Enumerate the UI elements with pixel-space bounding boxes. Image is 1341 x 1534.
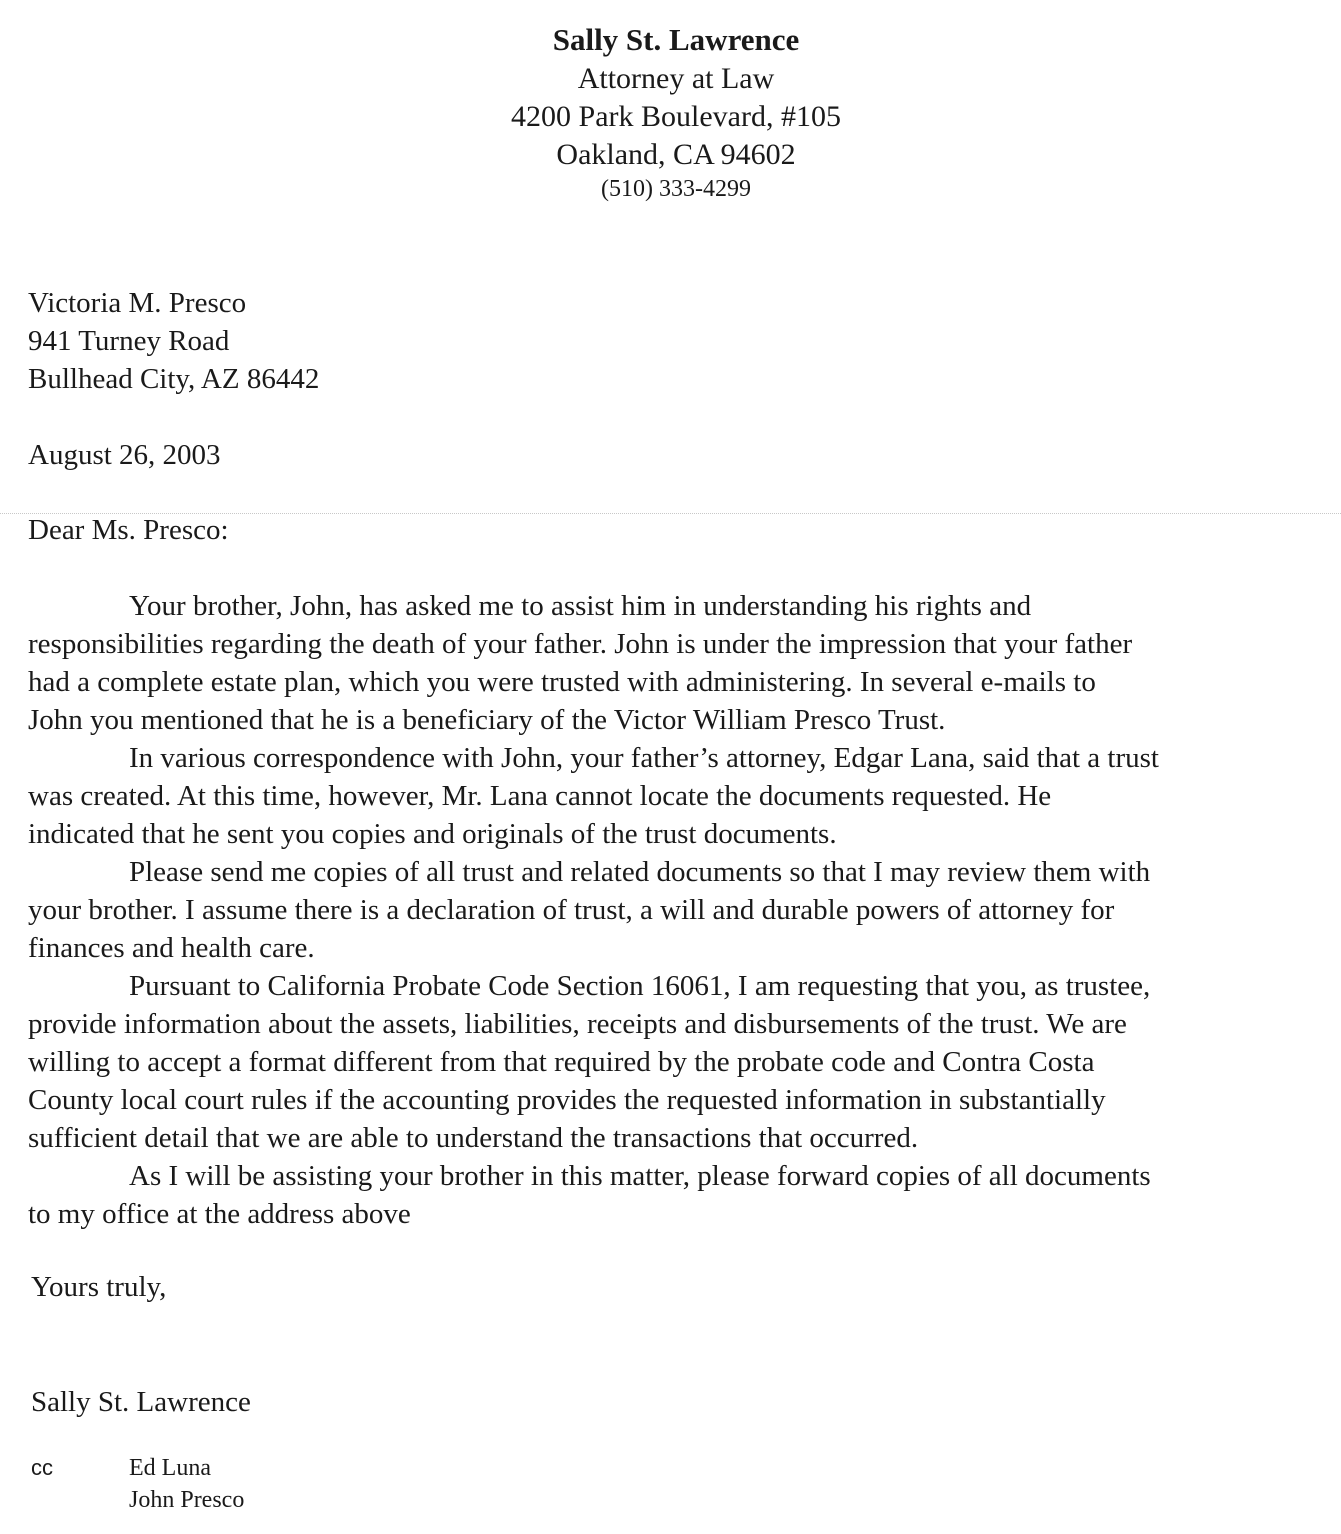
body-line: John you mentioned that he is a benefici…: [28, 701, 1328, 739]
body-line: In various correspondence with John, you…: [28, 739, 1328, 777]
closing: Yours truly,: [31, 1268, 166, 1306]
body-line: was created. At this time, however, Mr. …: [28, 777, 1328, 815]
letter-body: Your brother, John, has asked me to assi…: [28, 587, 1328, 1233]
cc-recipient: John Presco: [129, 1484, 244, 1516]
body-line: Your brother, John, has asked me to assi…: [28, 587, 1328, 625]
letterhead: Sally St. Lawrence Attorney at Law 4200 …: [0, 20, 1341, 204]
body-line: As I will be assisting your brother in t…: [28, 1157, 1328, 1195]
body-paragraph: Your brother, John, has asked me to assi…: [28, 587, 1328, 739]
body-line: to my office at the address above: [28, 1195, 1328, 1233]
body-line: willing to accept a format different fro…: [28, 1043, 1328, 1081]
recipient-street: 941 Turney Road: [28, 322, 319, 360]
body-line: your brother. I assume there is a declar…: [28, 891, 1328, 929]
body-line: Pursuant to California Probate Code Sect…: [28, 967, 1328, 1005]
recipient-city: Bullhead City, AZ 86442: [28, 360, 319, 398]
body-paragraph: Please send me copies of all trust and r…: [28, 853, 1328, 967]
body-line: finances and health care.: [28, 929, 1328, 967]
body-line: Please send me copies of all trust and r…: [28, 853, 1328, 891]
body-line: sufficient detail that we are able to un…: [28, 1119, 1328, 1157]
body-line: responsibilities regarding the death of …: [28, 625, 1328, 663]
letterhead-title: Attorney at Law: [0, 60, 1341, 98]
body-line: provide information about the assets, li…: [28, 1005, 1328, 1043]
letterhead-phone: (510) 333-4299: [0, 174, 1341, 204]
recipient-name: Victoria M. Presco: [28, 284, 319, 322]
letterhead-street: 4200 Park Boulevard, #105: [0, 98, 1341, 136]
letterhead-name: Sally St. Lawrence: [0, 20, 1341, 60]
signer-name: Sally St. Lawrence: [31, 1383, 251, 1421]
letterhead-city: Oakland, CA 94602: [0, 136, 1341, 174]
body-line: indicated that he sent you copies and or…: [28, 815, 1328, 853]
body-paragraph: In various correspondence with John, you…: [28, 739, 1328, 853]
cc-recipients: Ed LunaJohn Presco: [129, 1452, 244, 1516]
recipient-address: Victoria M. Presco 941 Turney Road Bullh…: [28, 284, 319, 398]
cc-recipient: Ed Luna: [129, 1452, 244, 1484]
body-line: County local court rules if the accounti…: [28, 1081, 1328, 1119]
letter-date: August 26, 2003: [28, 436, 221, 474]
salutation: Dear Ms. Presco:: [28, 511, 229, 549]
cc-label: cc: [31, 1452, 53, 1484]
body-line: had a complete estate plan, which you we…: [28, 663, 1328, 701]
body-paragraph: Pursuant to California Probate Code Sect…: [28, 967, 1328, 1157]
body-paragraph: As I will be assisting your brother in t…: [28, 1157, 1328, 1233]
